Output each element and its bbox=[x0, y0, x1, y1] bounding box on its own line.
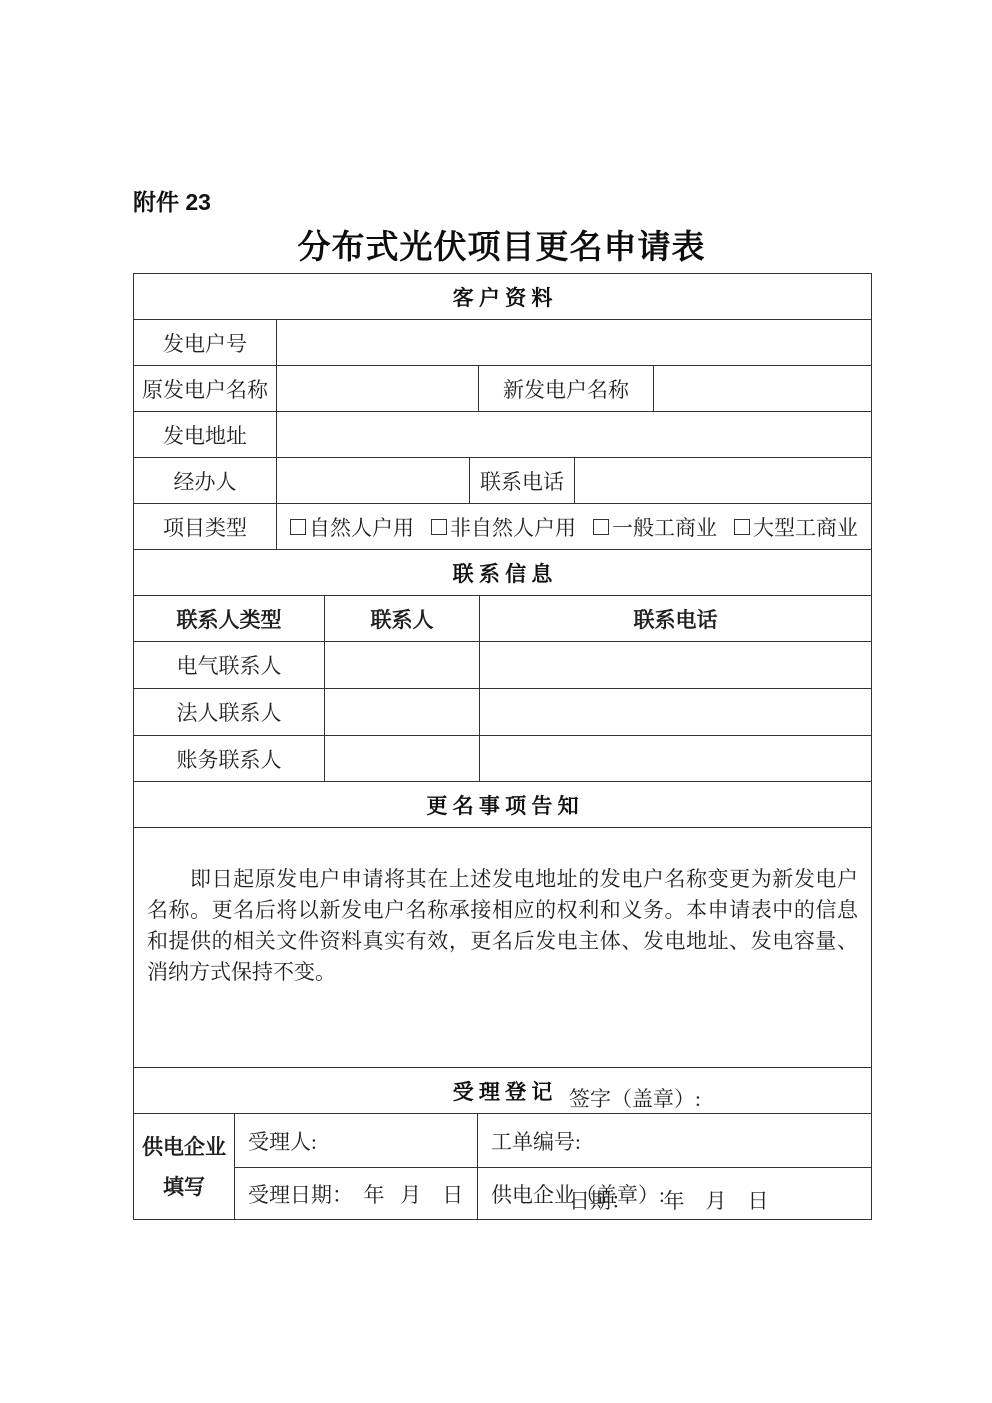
contact-name-input[interactable] bbox=[324, 736, 479, 781]
notice-text: 即日起原发电户申请将其在上述发电地址的发电户名称变更为新发电户名称。更名后将以新… bbox=[147, 864, 858, 988]
contact-phone-input[interactable] bbox=[479, 689, 871, 735]
contact-name-header: 联系人 bbox=[324, 596, 479, 641]
notice-section-header: 更 名 事 项 告 知 bbox=[134, 782, 871, 827]
contact-section-header: 联 系 信 息 bbox=[134, 550, 871, 595]
new-name-input[interactable] bbox=[653, 366, 871, 411]
customer-section-row: 客 户 资 料 bbox=[134, 274, 871, 319]
contact-header-row: 联系人类型 联系人 联系电话 bbox=[134, 595, 871, 641]
checkbox-icon[interactable] bbox=[734, 519, 750, 535]
contact-phone-header: 联系电话 bbox=[479, 596, 871, 641]
generation-address-input[interactable] bbox=[276, 412, 871, 457]
electrical-contact-row: 电气联系人 bbox=[134, 641, 871, 688]
contact-phone-input[interactable] bbox=[479, 736, 871, 781]
form-table: 客 户 资 料 发电户号 原发电户名称 新发电户名称 发电地址 经办人 联系电话… bbox=[133, 273, 872, 1220]
name-change-row: 原发电户名称 新发电户名称 bbox=[134, 365, 871, 411]
contact-phone-input[interactable] bbox=[479, 642, 871, 688]
project-type-option-label: 大型工商业 bbox=[753, 512, 858, 542]
notice-cell: 即日起原发电户申请将其在上述发电地址的发电户名称变更为新发电户名称。更名后将以新… bbox=[134, 828, 871, 1067]
project-type-option-general-commercial: 一般工商业 bbox=[593, 512, 717, 542]
project-type-row: 项目类型 自然人户用 非自然人户用 一般工商业 大型工商业 bbox=[134, 503, 871, 549]
acceptance-fields: 受理人: 工单编号: 受理日期： 年 月 日 供电企业（盖章）: bbox=[234, 1114, 871, 1219]
notice-section-row: 更 名 事 项 告 知 bbox=[134, 781, 871, 827]
generation-address-label: 发电地址 bbox=[134, 412, 276, 457]
project-type-option-label: 非自然人户用 bbox=[450, 512, 576, 542]
document-page: 附件 23 分布式光伏项目更名申请表 客 户 资 料 发电户号 原发电户名称 新… bbox=[0, 0, 992, 1403]
page-title: 分布式光伏项目更名申请表 bbox=[133, 221, 870, 268]
project-type-option-natural-person: 自然人户用 bbox=[290, 512, 414, 542]
project-type-option-non-natural-person: 非自然人户用 bbox=[431, 512, 576, 542]
attachment-label: 附件 23 bbox=[133, 184, 211, 217]
acceptance-section-row: 受 理 登 记 bbox=[134, 1067, 871, 1113]
acceptance-date-field[interactable]: 受理日期： 年 月 日 bbox=[234, 1168, 477, 1219]
contact-type-cell: 法人联系人 bbox=[134, 689, 324, 735]
handler-label: 经办人 bbox=[134, 458, 276, 503]
generation-account-row: 发电户号 bbox=[134, 319, 871, 365]
contact-name-input[interactable] bbox=[324, 689, 479, 735]
finance-contact-row: 账务联系人 bbox=[134, 735, 871, 781]
filled-by-line2: 填写 bbox=[163, 1167, 205, 1207]
company-seal-field[interactable]: 供电企业（盖章）: bbox=[477, 1168, 871, 1219]
original-name-label: 原发电户名称 bbox=[134, 366, 276, 411]
project-type-option-large-commercial: 大型工商业 bbox=[734, 512, 858, 542]
acceptance-subrow-1: 受理人: 工单编号: bbox=[234, 1114, 871, 1167]
acceptance-subrow-2: 受理日期： 年 月 日 供电企业（盖章）: bbox=[234, 1167, 871, 1219]
filled-by-cell: 供电企业 填写 bbox=[134, 1114, 234, 1219]
new-name-label: 新发电户名称 bbox=[478, 366, 653, 411]
project-type-options: 自然人户用 非自然人户用 一般工商业 大型工商业 bbox=[276, 504, 871, 549]
checkbox-icon[interactable] bbox=[290, 519, 306, 535]
handler-row: 经办人 联系电话 bbox=[134, 457, 871, 503]
contact-section-row: 联 系 信 息 bbox=[134, 549, 871, 595]
contact-name-input[interactable] bbox=[324, 642, 479, 688]
generation-account-label: 发电户号 bbox=[134, 320, 276, 365]
checkbox-icon[interactable] bbox=[431, 519, 447, 535]
customer-section-header: 客 户 资 料 bbox=[134, 274, 871, 319]
acceptance-section-header: 受 理 登 记 bbox=[134, 1068, 871, 1113]
contact-phone-label: 联系电话 bbox=[469, 458, 574, 503]
contact-phone-input[interactable] bbox=[574, 458, 871, 503]
project-type-option-label: 自然人户用 bbox=[309, 512, 414, 542]
contact-type-header: 联系人类型 bbox=[134, 596, 324, 641]
contact-type-cell: 账务联系人 bbox=[134, 736, 324, 781]
acceptor-field[interactable]: 受理人: bbox=[234, 1114, 477, 1167]
contact-type-cell: 电气联系人 bbox=[134, 642, 324, 688]
acceptance-body-row: 供电企业 填写 受理人: 工单编号: 受理日期： 年 月 日 供电企业（盖章）: bbox=[134, 1113, 871, 1219]
project-type-label: 项目类型 bbox=[134, 504, 276, 549]
original-name-input[interactable] bbox=[276, 366, 478, 411]
generation-account-input[interactable] bbox=[276, 320, 871, 365]
handler-input[interactable] bbox=[276, 458, 469, 503]
project-type-option-label: 一般工商业 bbox=[612, 512, 717, 542]
notice-body-row: 即日起原发电户申请将其在上述发电地址的发电户名称变更为新发电户名称。更名后将以新… bbox=[134, 827, 871, 1067]
legal-contact-row: 法人联系人 bbox=[134, 688, 871, 735]
generation-address-row: 发电地址 bbox=[134, 411, 871, 457]
work-order-field[interactable]: 工单编号: bbox=[477, 1114, 871, 1167]
filled-by-line1: 供电企业 bbox=[142, 1127, 226, 1167]
checkbox-icon[interactable] bbox=[593, 519, 609, 535]
